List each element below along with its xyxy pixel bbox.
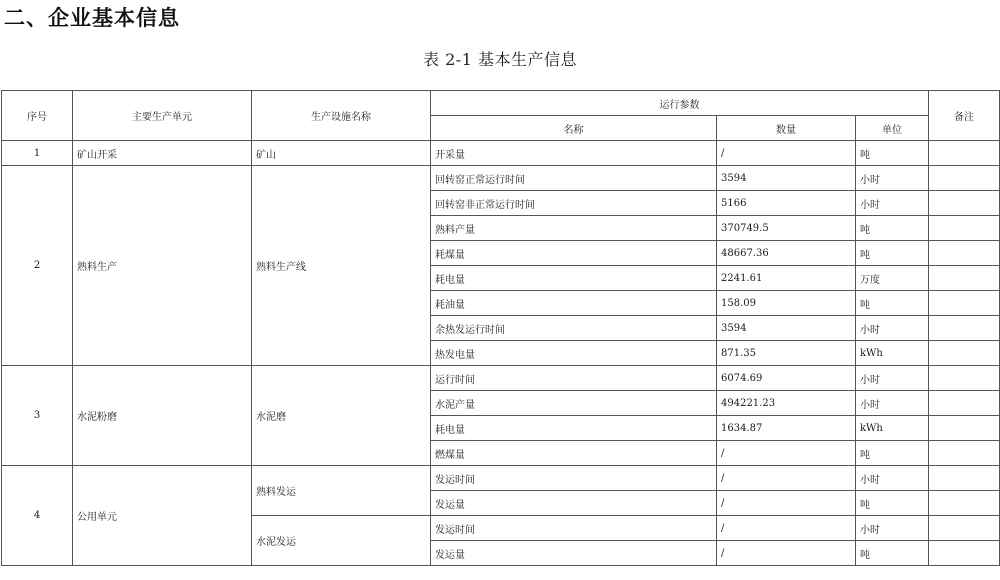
remark-cell xyxy=(929,266,1000,291)
param-unit-cell: 吨 xyxy=(856,141,929,166)
param-qty-cell: 494221.23 xyxy=(717,391,856,416)
param-qty-cell: / xyxy=(717,541,856,566)
seq-cell: 1 xyxy=(2,141,73,166)
unit-cell: 矿山开采 xyxy=(73,141,252,166)
unit-cell: 熟料生产 xyxy=(73,166,252,366)
param-qty-cell: 48667.36 xyxy=(717,241,856,266)
param-unit-cell: 吨 xyxy=(856,491,929,516)
param-name-cell: 耗煤量 xyxy=(431,241,717,266)
header-params-group: 运行参数 xyxy=(431,91,929,116)
param-qty-cell: 6074.69 xyxy=(717,366,856,391)
remark-cell xyxy=(929,516,1000,541)
param-name-cell: 水泥产量 xyxy=(431,391,717,416)
param-unit-cell: kWh xyxy=(856,341,929,366)
remark-cell xyxy=(929,491,1000,516)
param-unit-cell: 吨 xyxy=(856,216,929,241)
table-row: 3 水泥粉磨 水泥磨 运行时间 6074.69 小时 xyxy=(2,366,1000,391)
remark-cell xyxy=(929,466,1000,491)
facility-cell: 熟料发运 xyxy=(252,466,431,516)
param-unit-cell: 小时 xyxy=(856,191,929,216)
param-qty-cell: / xyxy=(717,141,856,166)
remark-cell xyxy=(929,316,1000,341)
remark-cell xyxy=(929,341,1000,366)
facility-cell: 矿山 xyxy=(252,141,431,166)
param-qty-cell: / xyxy=(717,441,856,466)
param-name-cell: 回转窑正常运行时间 xyxy=(431,166,717,191)
remark-cell xyxy=(929,366,1000,391)
param-unit-cell: 小时 xyxy=(856,516,929,541)
param-qty-cell: 158.09 xyxy=(717,291,856,316)
param-name-cell: 余热发运行时间 xyxy=(431,316,717,341)
param-name-cell: 发运量 xyxy=(431,541,717,566)
param-qty-cell: 1634.87 xyxy=(717,416,856,441)
unit-cell: 公用单元 xyxy=(73,466,252,566)
param-name-cell: 发运时间 xyxy=(431,466,717,491)
header-param-unit: 单位 xyxy=(856,116,929,141)
seq-cell: 4 xyxy=(2,466,73,566)
param-unit-cell: 小时 xyxy=(856,466,929,491)
remark-cell xyxy=(929,141,1000,166)
header-seq: 序号 xyxy=(2,91,73,141)
param-name-cell: 熟料产量 xyxy=(431,216,717,241)
param-name-cell: 发运时间 xyxy=(431,516,717,541)
table-row: 4 公用单元 熟料发运 发运时间 / 小时 xyxy=(2,466,1000,491)
facility-cell: 水泥发运 xyxy=(252,516,431,566)
param-name-cell: 热发电量 xyxy=(431,341,717,366)
remark-cell xyxy=(929,541,1000,566)
param-unit-cell: 吨 xyxy=(856,441,929,466)
facility-cell: 水泥磨 xyxy=(252,366,431,466)
param-qty-cell: 5166 xyxy=(717,191,856,216)
param-unit-cell: 小时 xyxy=(856,316,929,341)
param-unit-cell: 万度 xyxy=(856,266,929,291)
param-qty-cell: 3594 xyxy=(717,316,856,341)
seq-cell: 2 xyxy=(2,166,73,366)
param-unit-cell: 小时 xyxy=(856,366,929,391)
header-param-qty: 数量 xyxy=(717,116,856,141)
param-name-cell: 燃煤量 xyxy=(431,441,717,466)
param-name-cell: 耗电量 xyxy=(431,266,717,291)
param-unit-cell: 吨 xyxy=(856,241,929,266)
remark-cell xyxy=(929,216,1000,241)
param-qty-cell: / xyxy=(717,466,856,491)
param-name-cell: 耗油量 xyxy=(431,291,717,316)
remark-cell xyxy=(929,166,1000,191)
remark-cell xyxy=(929,291,1000,316)
param-name-cell: 回转窑非正常运行时间 xyxy=(431,191,717,216)
param-name-cell: 开采量 xyxy=(431,141,717,166)
param-name-cell: 发运量 xyxy=(431,491,717,516)
header-unit: 主要生产单元 xyxy=(73,91,252,141)
param-qty-cell: / xyxy=(717,516,856,541)
param-name-cell: 运行时间 xyxy=(431,366,717,391)
param-unit-cell: 吨 xyxy=(856,541,929,566)
param-unit-cell: 小时 xyxy=(856,166,929,191)
param-qty-cell: 871.35 xyxy=(717,341,856,366)
table-row: 1 矿山开采 矿山 开采量 / 吨 xyxy=(2,141,1000,166)
remark-cell xyxy=(929,241,1000,266)
param-name-cell: 耗电量 xyxy=(431,416,717,441)
header-remarks: 备注 xyxy=(929,91,1000,141)
facility-cell: 熟料生产线 xyxy=(252,166,431,366)
remark-cell xyxy=(929,416,1000,441)
param-unit-cell: 小时 xyxy=(856,391,929,416)
remark-cell xyxy=(929,441,1000,466)
param-unit-cell: kWh xyxy=(856,416,929,441)
production-info-table: 序号 主要生产单元 生产设施名称 运行参数 备注 名称 数量 单位 1 矿山开采… xyxy=(1,90,1000,566)
section-title: 二、企业基本信息 xyxy=(4,2,180,32)
param-qty-cell: 2241.61 xyxy=(717,266,856,291)
param-qty-cell: 370749.5 xyxy=(717,216,856,241)
header-facility: 生产设施名称 xyxy=(252,91,431,141)
param-unit-cell: 吨 xyxy=(856,291,929,316)
table-row: 2 熟料生产 熟料生产线 回转窑正常运行时间 3594 小时 xyxy=(2,166,1000,191)
param-qty-cell: / xyxy=(717,491,856,516)
table-caption: 表 2-1 基本生产信息 xyxy=(0,47,1000,70)
param-qty-cell: 3594 xyxy=(717,166,856,191)
unit-cell: 水泥粉磨 xyxy=(73,366,252,466)
header-param-name: 名称 xyxy=(431,116,717,141)
remark-cell xyxy=(929,391,1000,416)
remark-cell xyxy=(929,191,1000,216)
seq-cell: 3 xyxy=(2,366,73,466)
